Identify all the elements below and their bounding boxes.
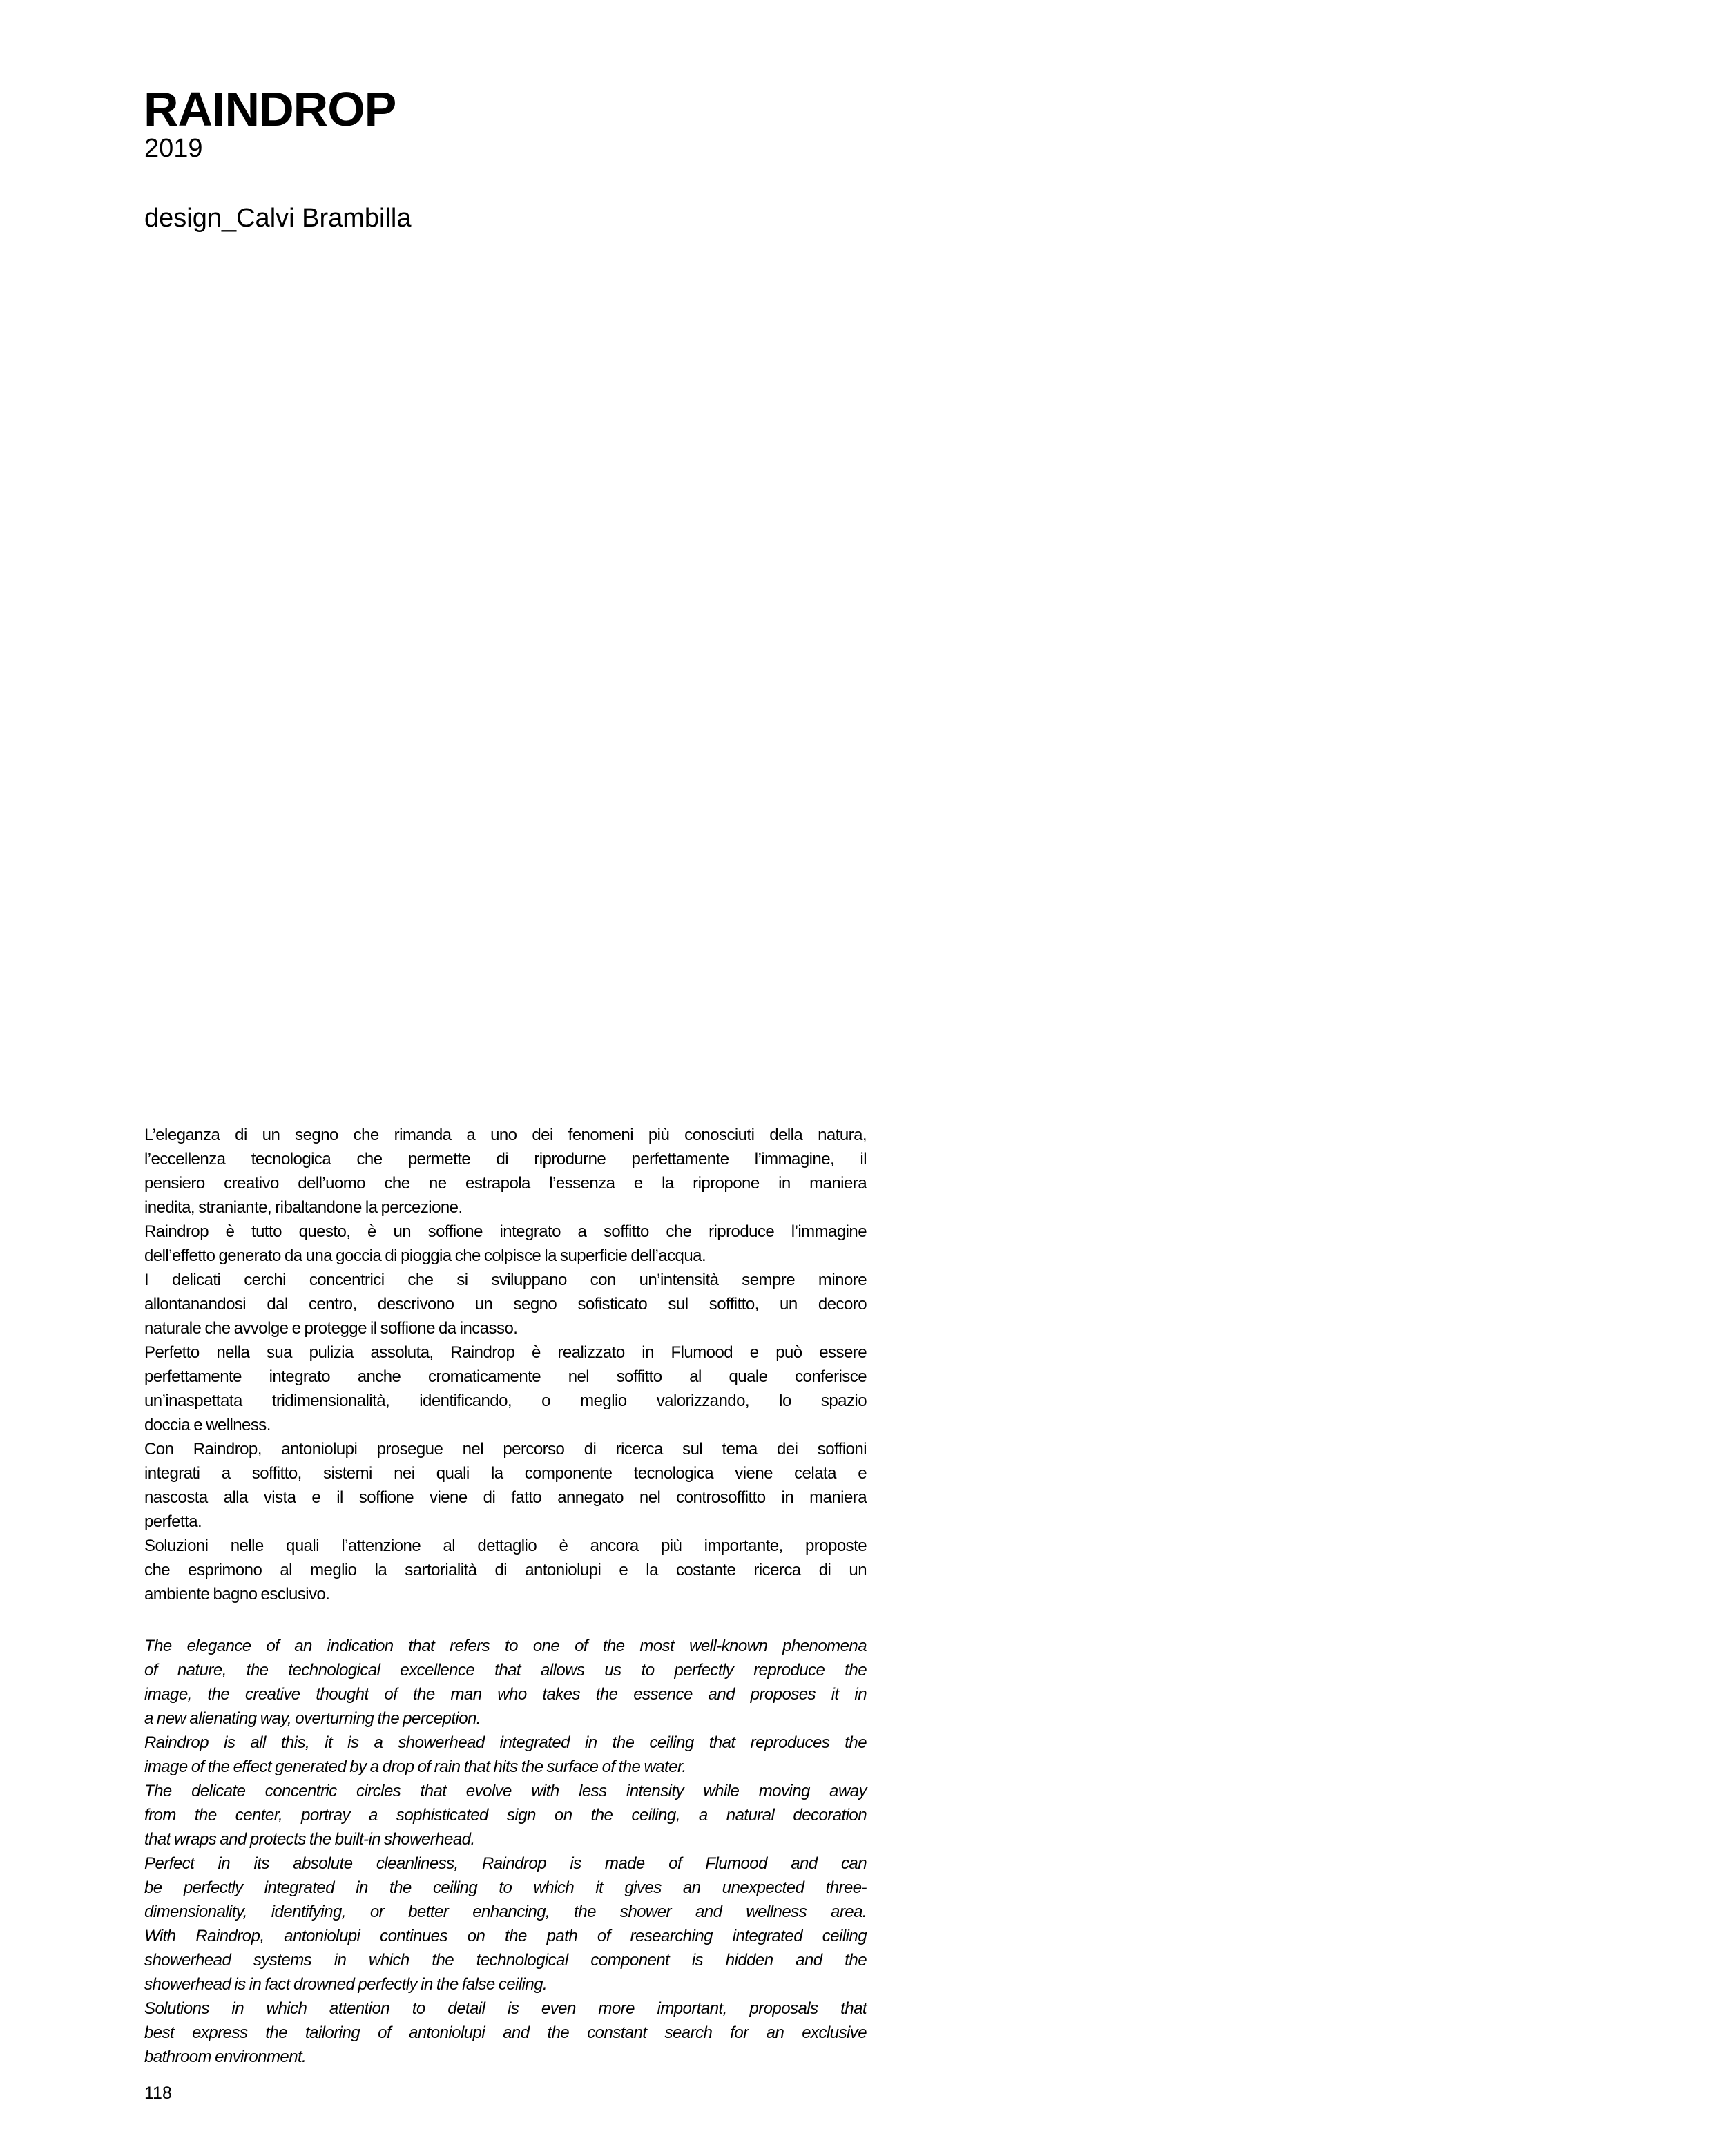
catalog-page: RAINDROP 2019 design_Calvi Brambilla L’e… <box>0 0 1725 2156</box>
text-line: image of the effect generated by a drop … <box>144 1755 867 1779</box>
text-line: integrati a soffitto, sistemi nei quali … <box>144 1461 867 1485</box>
text-line: perfettamente integrato anche cromaticam… <box>144 1365 867 1389</box>
text-line: naturale che avvolge e protegge il soffi… <box>144 1316 867 1340</box>
product-year: 2019 <box>144 133 203 164</box>
product-title: RAINDROP <box>144 81 396 137</box>
text-line: Perfect in its absolute cleanliness, Rai… <box>144 1851 867 1876</box>
text-line: that wraps and protects the built-in sho… <box>144 1827 867 1851</box>
text-line: With Raindrop, antoniolupi continues on … <box>144 1924 867 1948</box>
text-line: pensiero creativo dell’uomo che ne estra… <box>144 1171 867 1195</box>
text-line: Solutions in which attention to detail i… <box>144 1996 867 2021</box>
text-line: che esprimono al meglio la sartorialità … <box>144 1558 867 1582</box>
text-line: perfetta. <box>144 1510 867 1534</box>
text-line: Con Raindrop, antoniolupi prosegue nel p… <box>144 1437 867 1461</box>
text-line: doccia e wellness. <box>144 1413 867 1437</box>
text-line: allontanandosi dal centro, descrivono un… <box>144 1292 867 1316</box>
text-line: dell’effetto generato da una goccia di p… <box>144 1244 867 1268</box>
page-number: 118 <box>144 2083 172 2104</box>
text-line: a new alienating way, overturning the pe… <box>144 1706 867 1731</box>
text-line: Soluzioni nelle quali l’attenzione al de… <box>144 1534 867 1558</box>
text-line: l’eccellenza tecnologica che permette di… <box>144 1147 867 1171</box>
text-line: ambiente bagno esclusivo. <box>144 1582 867 1606</box>
text-line: showerhead is in fact drowned perfectly … <box>144 1972 867 1996</box>
text-line: Raindrop è tutto questo, è un soffione i… <box>144 1220 867 1244</box>
text-line: I delicati cerchi concentrici che si svi… <box>144 1268 867 1292</box>
text-line: un’inaspettata tridimensionalità, identi… <box>144 1389 867 1413</box>
designer-credit: design_Calvi Brambilla <box>144 203 412 233</box>
text-line: best express the tailoring of antoniolup… <box>144 2021 867 2045</box>
text-line: of nature, the technological excellence … <box>144 1658 867 1682</box>
text-line: from the center, portray a sophisticated… <box>144 1803 867 1827</box>
text-line: nascosta alla vista e il soffione viene … <box>144 1485 867 1510</box>
text-line: image, the creative thought of the man w… <box>144 1682 867 1706</box>
text-line: Perfetto nella sua pulizia assoluta, Rai… <box>144 1340 867 1365</box>
italian-description: L’eleganza di un segno che rimanda a uno… <box>144 1123 867 1606</box>
text-line: Raindrop is all this, it is a showerhead… <box>144 1731 867 1755</box>
text-line: inedita, straniante, ribaltandone la per… <box>144 1195 867 1220</box>
text-line: be perfectly integrated in the ceiling t… <box>144 1876 867 1900</box>
text-line: showerhead systems in which the technolo… <box>144 1948 867 1972</box>
text-line: The elegance of an indication that refer… <box>144 1634 867 1658</box>
text-line: bathroom environment. <box>144 2045 867 2069</box>
text-line: L’eleganza di un segno che rimanda a uno… <box>144 1123 867 1147</box>
english-description: The elegance of an indication that refer… <box>144 1634 867 2069</box>
text-line: The delicate concentric circles that evo… <box>144 1779 867 1803</box>
text-line: dimensionality, identifying, or better e… <box>144 1900 867 1924</box>
